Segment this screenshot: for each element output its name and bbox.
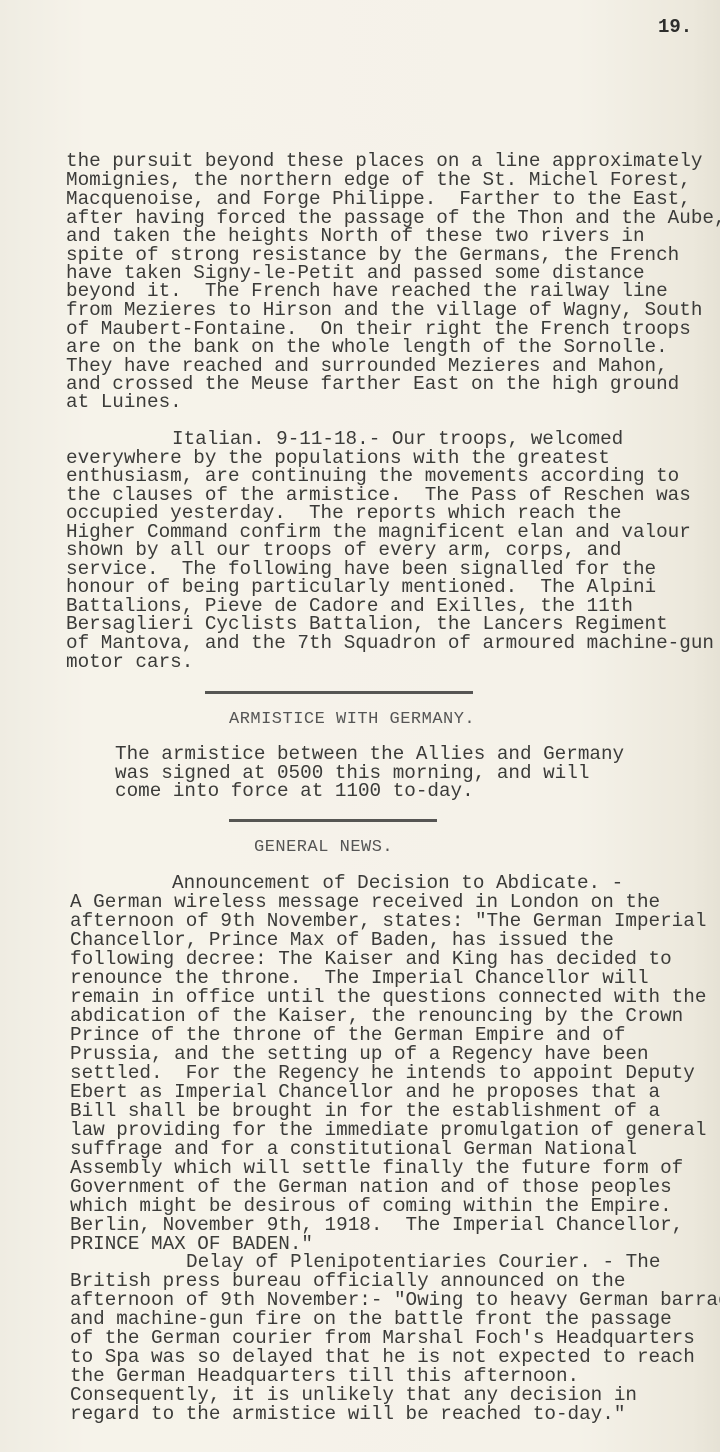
text-line: motor cars. [66, 653, 193, 672]
section-heading-general-news: GENERAL NEWS. [254, 838, 393, 857]
document-page: 19. the pursuit beyond these places on a… [0, 0, 720, 1452]
text-line: come into force at 1100 to-day. [115, 782, 474, 801]
section-heading-armistice: ARMISTICE WITH GERMANY. [229, 710, 475, 729]
section-divider [229, 819, 437, 822]
text-line: at Luines. [66, 393, 182, 412]
text-line: regard to the armistice will be reached … [70, 1405, 625, 1424]
page-number: 19. [658, 16, 692, 38]
section-divider [205, 691, 473, 694]
